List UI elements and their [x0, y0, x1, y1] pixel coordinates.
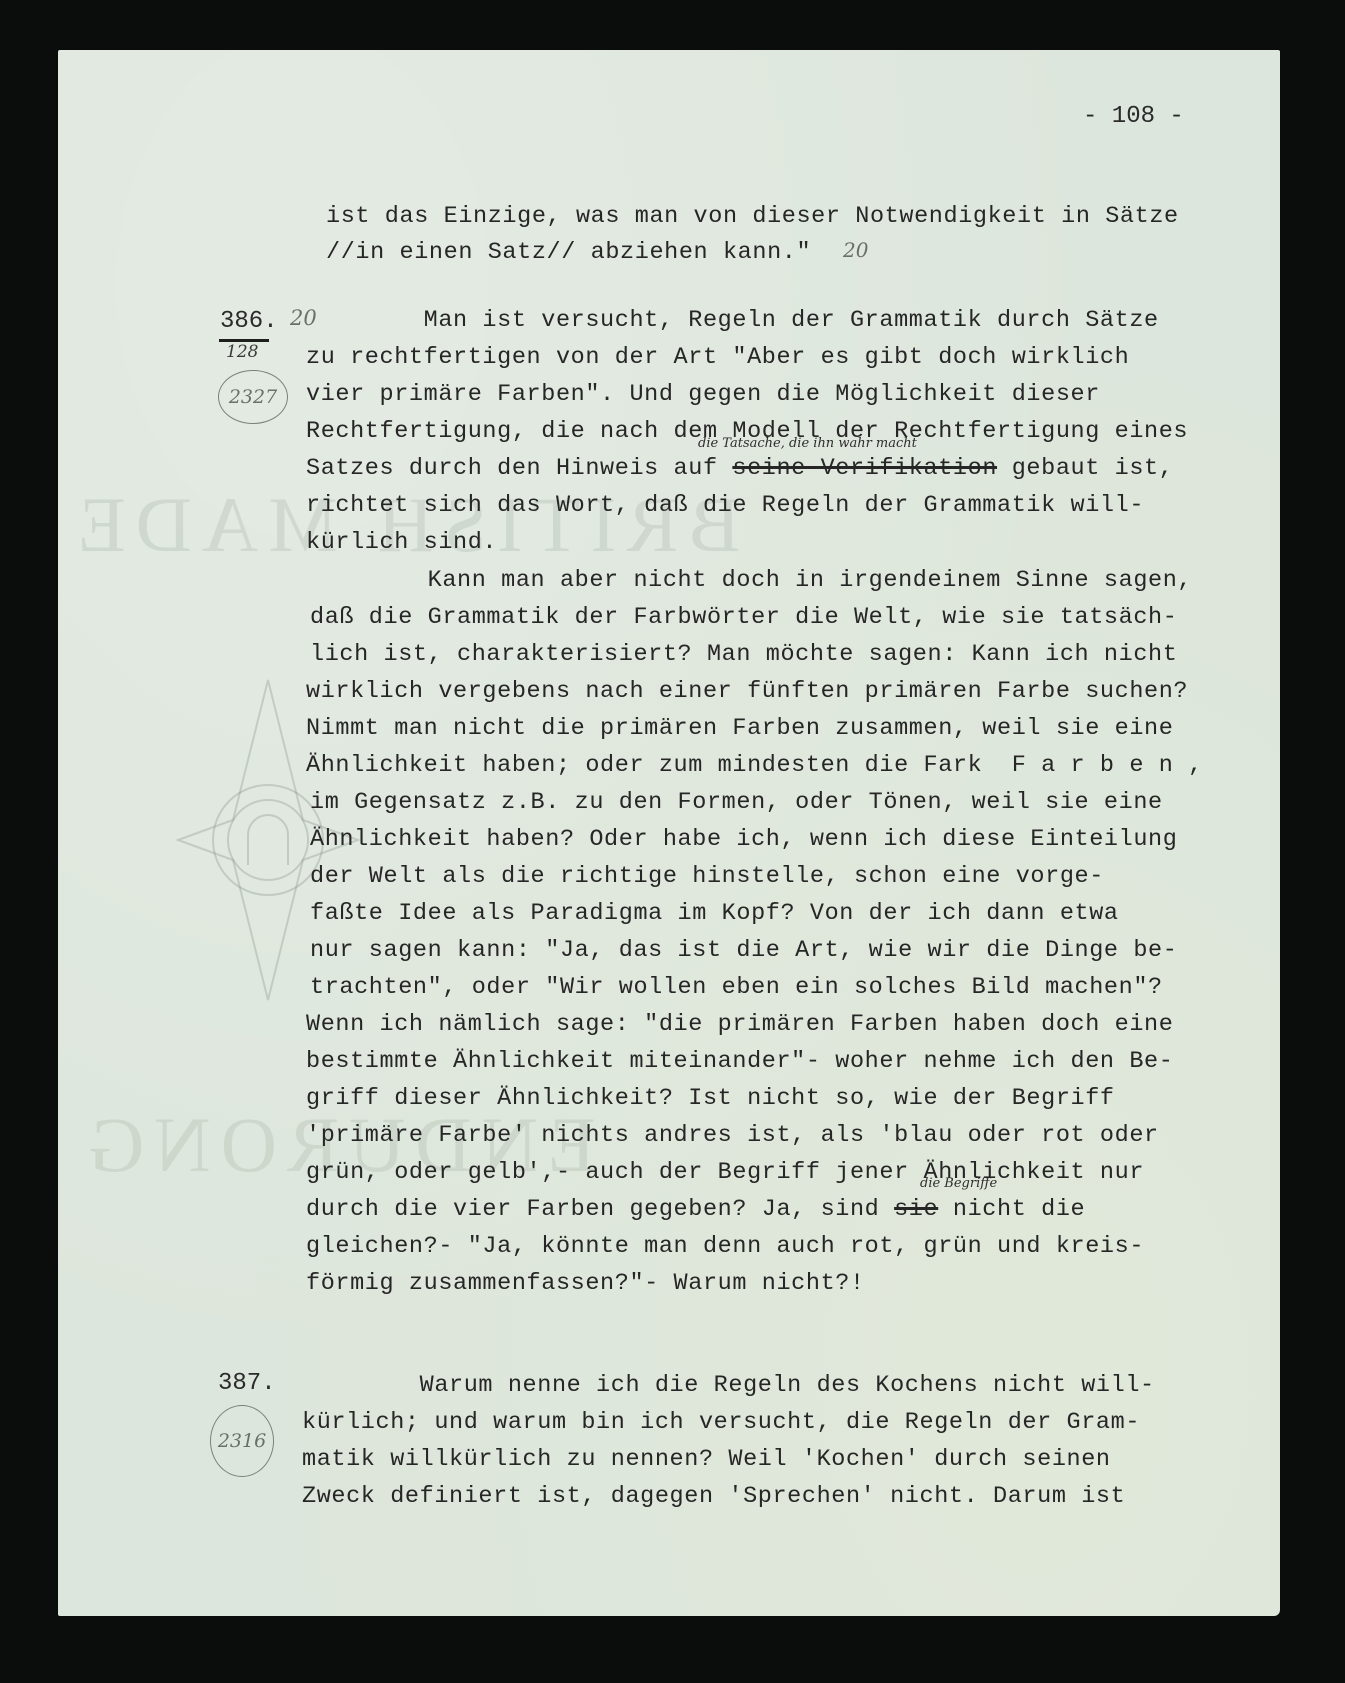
struck-text-sie: sie [894, 1196, 938, 1223]
p387-line-4: Zweck definiert ist, dagegen 'Sprechen' … [302, 1483, 1125, 1510]
section-387-circled-ref: 2316 [210, 1405, 274, 1477]
p387-line-3: matik willkürlich zu nennen? Weil 'Koche… [302, 1446, 1111, 1473]
p386-line-1: Man ist versucht, Regeln der Grammatik d… [306, 307, 1159, 334]
handwritten-insert-begriffe: die Begriffe [920, 1176, 997, 1191]
p386b-line-1: Kann man aber nicht doch in irgendeinem … [310, 567, 1192, 594]
section-386-circled-ref-text: 2327 [229, 386, 277, 408]
handwritten-insert-tatsache: die Tatsache, die ihn wahr macht [698, 436, 917, 451]
p386b-line-16: 'primäre Farbe' nichts andres ist, als '… [306, 1122, 1159, 1149]
p386b-line-13: Wenn ich nämlich sage: "die primären Far… [306, 1011, 1173, 1038]
p386b-line-5: Nimmt man nicht die primären Farben zusa… [306, 715, 1173, 742]
pencil-mark-20: 20 [843, 238, 868, 262]
page-number: - 108 - [1083, 103, 1184, 130]
p386b-line-2: daß die Grammatik der Farbwörter die Wel… [310, 604, 1177, 631]
p387-line-1: Warum nenne ich die Regeln des Kochens n… [302, 1372, 1155, 1399]
p386-line-7: kürlich sind. [306, 529, 497, 556]
p386b-line-6: Ähnlichkeit haben; oder zum mindesten di… [306, 752, 1203, 779]
section-number-386: 386. [220, 308, 278, 335]
continuation-line-2: //in einen Satz// abziehen kann." [326, 239, 811, 266]
p386b-line-18-end: nicht die [938, 1196, 1085, 1223]
p386b-line-17: grün, oder gelb',- auch der Begriff jene… [306, 1159, 1144, 1186]
struck-text-verifikation: seine Verifikation [732, 455, 997, 482]
typescript-page: BRITISH MADE ENDURONG - 108 - ist das Ei… [58, 50, 1280, 1616]
section-386-circled-ref: 2327 [218, 370, 288, 424]
p386b-line-11: nur sagen kann: "Ja, das ist die Art, wi… [310, 937, 1177, 964]
p386b-line-9: der Welt als die richtige hinstelle, sch… [310, 863, 1104, 890]
p386-line-6: richtet sich das Wort, daß die Regeln de… [306, 492, 1144, 519]
p386b-line-15: griff dieser Ähnlichkeit? Ist nicht so, … [306, 1085, 1115, 1112]
p386b-line-19: gleichen?- "Ja, könnte man denn auch rot… [306, 1233, 1144, 1260]
continuation-line-1: ist das Einzige, was man von dieser Notw… [326, 203, 1179, 230]
p386b-line-12: trachten", oder "Wir wollen eben ein sol… [310, 974, 1163, 1001]
p386b-line-18-start: durch die vier Farben gegeben? Ja, sind [306, 1196, 894, 1223]
p386b-line-20: förmig zusammenfassen?"- Warum nicht?! [306, 1270, 865, 1297]
p386b-line-3: lich ist, charakterisiert? Man möchte sa… [310, 641, 1177, 668]
p386-line-5-end: gebaut ist, [997, 455, 1173, 482]
p387-line-2: kürlich; und warum bin ich versucht, die… [302, 1409, 1140, 1436]
section-387-circled-ref-text: 2316 [218, 1430, 266, 1452]
p386-line-5: Satzes durch den Hinweis auf seine Verif… [306, 455, 1173, 482]
p386b-line-7: im Gegensatz z.B. zu den Formen, oder Tö… [310, 789, 1163, 816]
p386-line-5-start: Satzes durch den Hinweis auf [306, 455, 732, 482]
p386b-line-14: bestimmte Ähnlichkeit miteinander"- wohe… [306, 1048, 1173, 1075]
p386-line-3: vier primäre Farben". Und gegen die Mögl… [306, 381, 1100, 408]
p386b-line-4: wirklich vergebens nach einer fünften pr… [306, 678, 1188, 705]
section-386-sub-number: 128 [226, 342, 258, 362]
section-number-387: 387. [218, 1370, 276, 1397]
p386b-line-8: Ähnlichkeit haben? Oder habe ich, wenn i… [310, 826, 1177, 853]
p386-line-2: zu rechtfertigen von der Art "Aber es gi… [306, 344, 1129, 371]
p386b-line-18: durch die vier Farben gegeben? Ja, sind … [306, 1196, 1085, 1223]
p386b-line-10: faßte Idee als Paradigma im Kopf? Von de… [310, 900, 1119, 927]
